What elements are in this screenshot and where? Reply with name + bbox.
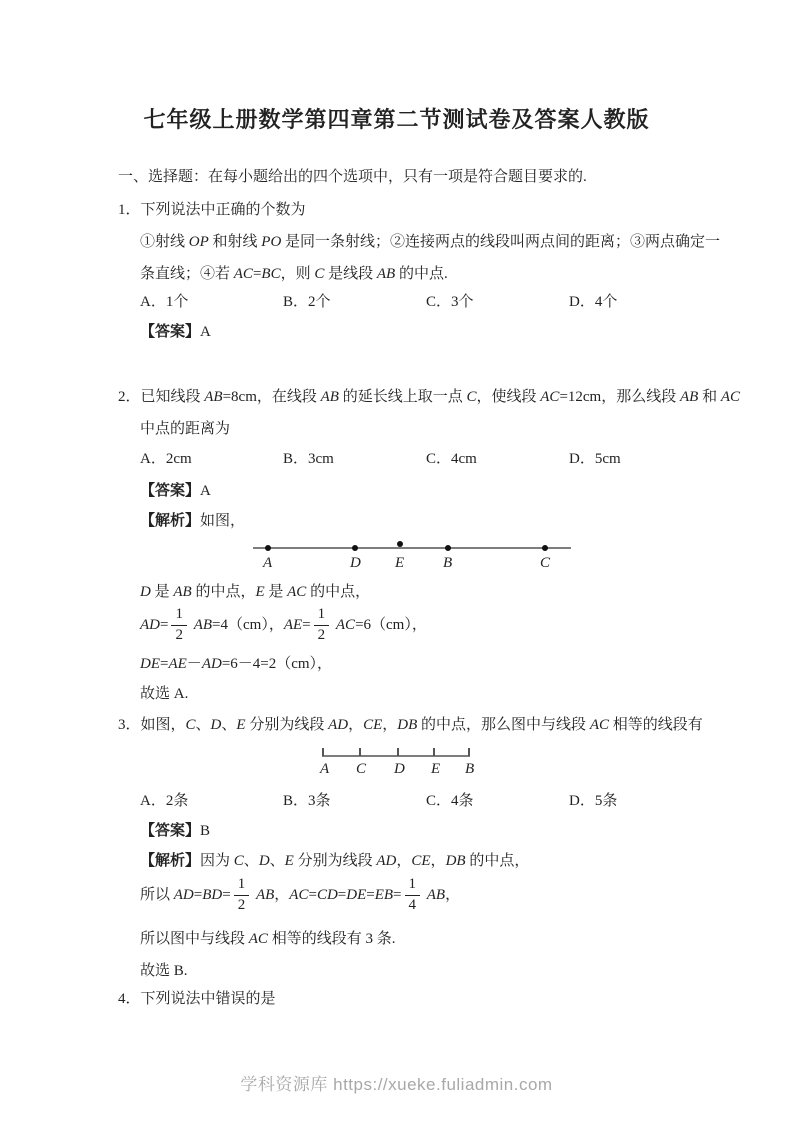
fraction: 12 xyxy=(314,606,330,644)
point-dot-D xyxy=(352,545,358,551)
point-dot-B xyxy=(445,545,451,551)
point-label-A: A xyxy=(320,762,329,777)
question-3-answer: 【答案】B xyxy=(140,820,210,842)
point-label-E: E xyxy=(431,762,440,777)
question-2-analysis-intro: 【解析】如图， xyxy=(140,510,245,532)
question-3-option-c: C．4条 xyxy=(426,790,569,812)
point-dot-E xyxy=(397,541,403,547)
question-2-answer: 【答案】A xyxy=(140,480,211,502)
point-label-D: D xyxy=(394,762,405,777)
question-2-analysis-line-1: D 是 AB 的中点，E 是 AC 的中点， xyxy=(140,581,370,603)
question-1-stem: 1．下列说法中正确的个数为 xyxy=(118,199,306,221)
question-3-analysis-formula: 所以 AD=BD=12 AB，AC=CD=DE=EB=14 AB， xyxy=(140,872,460,918)
question-2-option-a: A．2cm xyxy=(140,448,283,470)
point-label-C: C xyxy=(356,762,366,777)
point-label-B: B xyxy=(443,556,452,571)
question-3-segment-diagram: A C D E B xyxy=(320,744,472,782)
point-label-B: B xyxy=(465,762,474,777)
point-dot-A xyxy=(265,545,271,551)
point-label-A: A xyxy=(263,556,272,571)
question-1-body-line-2: 条直线；④若 AC=BC，则 C 是线段 AB 的中点. xyxy=(140,263,448,285)
question-2-analysis-conclusion: 故选 A. xyxy=(140,683,188,705)
line-segment xyxy=(322,755,470,757)
question-2-option-c: C．4cm xyxy=(426,448,569,470)
fraction: 12 xyxy=(234,876,250,914)
footer-watermark: 学科资源库 https://xueke.fuliadmin.com xyxy=(0,1070,793,1095)
question-3-option-a: A．2条 xyxy=(140,790,283,812)
question-2-option-b: B．3cm xyxy=(283,448,426,470)
fraction: 14 xyxy=(405,876,421,914)
point-dot-C xyxy=(542,545,548,551)
tick-D xyxy=(397,748,399,756)
question-3-option-b: B．3条 xyxy=(283,790,426,812)
question-3-analysis-line-1: 所以图中与线段 AC 相等的线段有 3 条. xyxy=(140,928,395,950)
question-2-analysis-formula: AD=12 AB=4（cm），AE=12 AC=6（cm）， xyxy=(140,602,427,648)
question-1-option-c: C．3个 xyxy=(426,291,569,313)
point-label-D: D xyxy=(350,556,361,571)
question-4-stem: 4．下列说法中错误的是 xyxy=(118,988,276,1010)
question-3-stem: 3．如图，C、D、E 分别为线段 AD，CE，DB 的中点，那么图中与线段 AC… xyxy=(118,714,703,736)
question-1-option-d: D．4个 xyxy=(569,291,712,313)
question-2-options: A．2cm B．3cm C．4cm D．5cm xyxy=(140,448,712,470)
point-label-C: C xyxy=(540,556,550,571)
page-title: 七年级上册数学第四章第二节测试卷及答案人教版 xyxy=(0,103,793,134)
section-header: 一、选择题：在每小题给出的四个选项中，只有一项是符合题目要求的. xyxy=(118,166,587,188)
tick-A xyxy=(322,748,324,756)
question-2-stem-line-1: 2．已知线段 AB=8cm，在线段 AB 的延长线上取一点 C，使线段 AC=1… xyxy=(118,386,740,408)
line-segment xyxy=(253,547,571,549)
question-2-option-d: D．5cm xyxy=(569,448,712,470)
tick-E xyxy=(433,748,435,756)
question-3-options: A．2条 B．3条 C．4条 D．5条 xyxy=(140,790,712,812)
tick-B xyxy=(468,748,470,756)
point-label-E: E xyxy=(395,556,404,571)
question-1-option-b: B．2个 xyxy=(283,291,426,313)
question-1-options: A．1个 B．2个 C．3个 D．4个 xyxy=(140,291,712,313)
question-3-option-d: D．5条 xyxy=(569,790,712,812)
question-2-number-line-diagram: A D E B C xyxy=(253,538,571,574)
fraction: 12 xyxy=(171,606,187,644)
question-3-analysis-intro: 【解析】因为 C、D、E 分别为线段 AD，CE，DB 的中点， xyxy=(140,850,529,872)
question-3-analysis-conclusion: 故选 B. xyxy=(140,960,188,982)
question-2-stem-line-2: 中点的距离为 xyxy=(140,418,230,440)
question-1-option-a: A．1个 xyxy=(140,291,283,313)
document-page: 七年级上册数学第四章第二节测试卷及答案人教版 一、选择题：在每小题给出的四个选项… xyxy=(0,0,793,1122)
question-2-analysis-line-2: DE=AE－AD=6－4=2（cm）， xyxy=(140,653,332,675)
question-1-body-line-1: ①射线 OP 和射线 PO 是同一条射线；②连接两点的线段叫两点间的距离；③两点… xyxy=(140,231,720,253)
question-1-answer: 【答案】A xyxy=(140,321,211,343)
tick-C xyxy=(359,748,361,756)
